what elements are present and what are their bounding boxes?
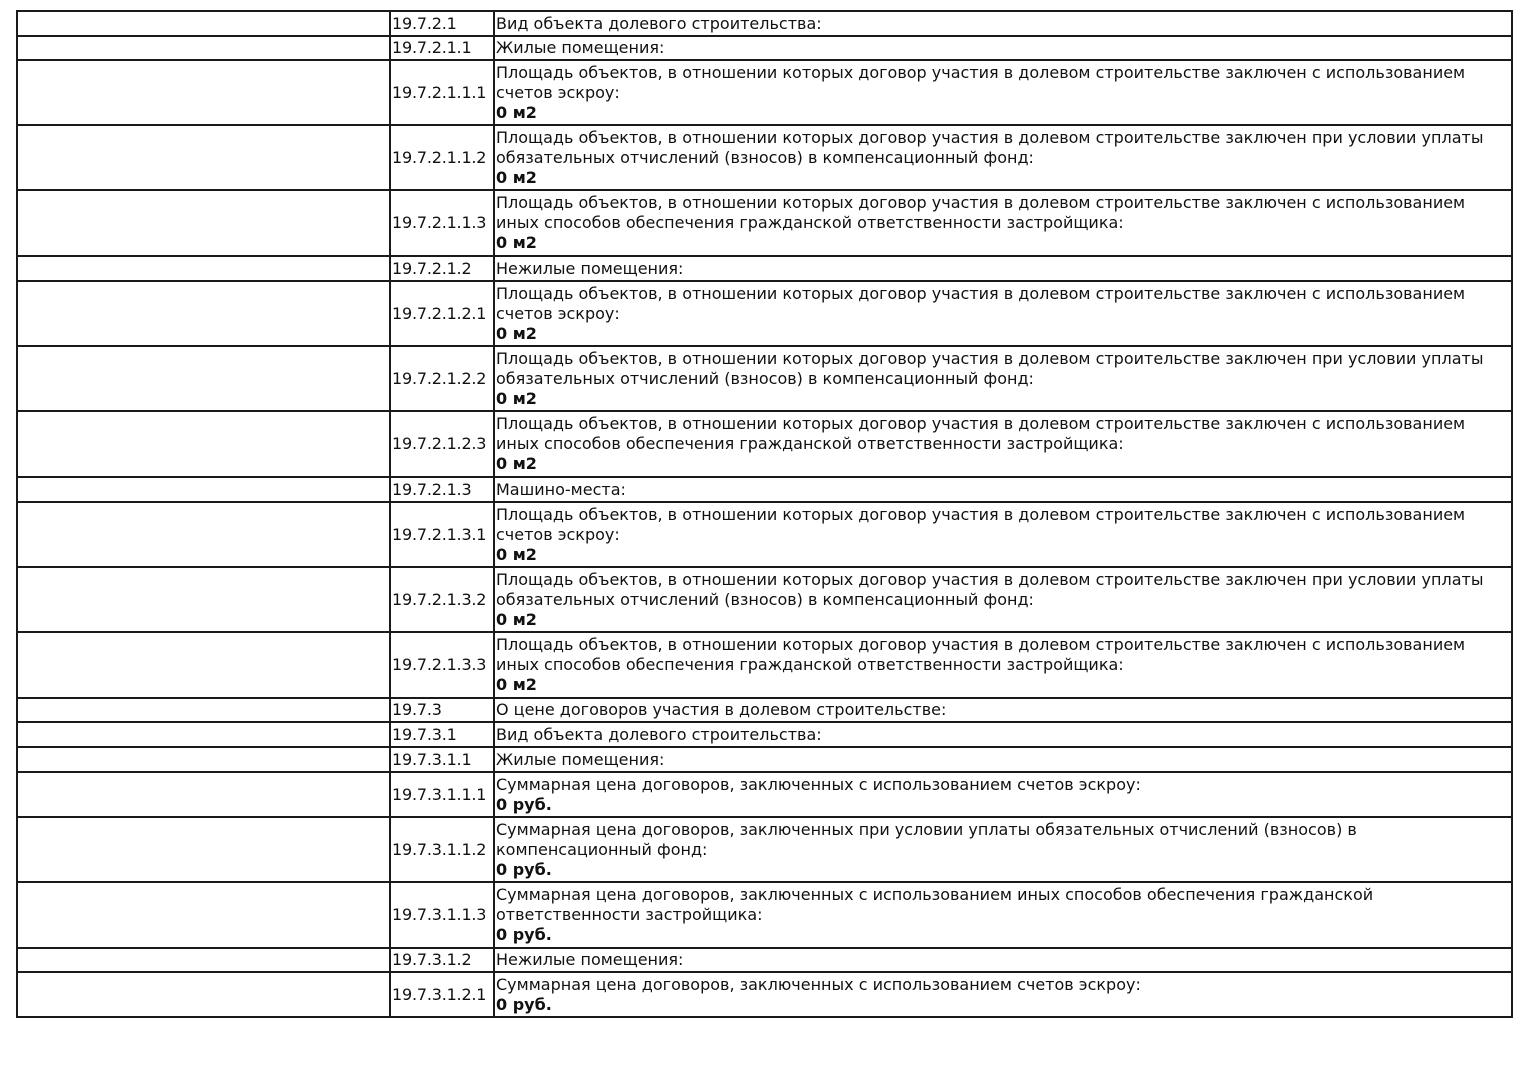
value-text: 0 м2 [496,454,1511,474]
table-row: 19.7.3.1.1.2 Суммарная цена договоров, з… [17,817,1512,882]
section-number: 19.7.2.1.2.3 [390,411,494,477]
section-number: 19.7.2.1.1.1 [390,60,494,125]
section-number: 19.7.3.1.1 [390,747,494,772]
value-text: 0 руб. [496,995,1511,1015]
section-number: 19.7.2.1.2.1 [390,281,494,346]
section-number: 19.7.2.1.2 [390,256,494,281]
table-row: 19.7.3.1.1.3 Суммарная цена договоров, з… [17,882,1512,948]
empty-cell [17,60,390,125]
value-text: 0 м2 [496,389,1511,409]
value-text: 0 м2 [496,324,1511,344]
declaration-table-body: 19.7.2.1 Вид объекта долевого строительс… [17,11,1512,1017]
table-row: 19.7.2.1.3.3 Площадь объектов, в отношен… [17,632,1512,698]
empty-cell [17,502,390,567]
table-row: 19.7.3 О цене договоров участия в долево… [17,698,1512,722]
section-number: 19.7.2.1.1 [390,36,494,60]
section-description: Жилые помещения: [494,747,1512,772]
table-row: 19.7.2.1.2 Нежилые помещения: [17,256,1512,281]
section-description: Площадь объектов, в отношении которых до… [494,567,1512,632]
section-description: Машино-места: [494,477,1512,502]
value-text: 0 м2 [496,610,1511,630]
section-description: О цене договоров участия в долевом строи… [494,698,1512,722]
empty-cell [17,722,390,747]
section-number: 19.7.3 [390,698,494,722]
description-text: Площадь объектов, в отношении которых до… [496,505,1511,545]
empty-cell [17,125,390,190]
table-row: 19.7.2.1.3 Машино-места: [17,477,1512,502]
empty-cell [17,36,390,60]
description-text: Суммарная цена договоров, заключенных с … [496,975,1511,995]
table-row: 19.7.2.1.1 Жилые помещения: [17,36,1512,60]
table-row: 19.7.3.1 Вид объекта долевого строительс… [17,722,1512,747]
section-description: Суммарная цена договоров, заключенных пр… [494,817,1512,882]
table-row: 19.7.3.1.2 Нежилые помещения: [17,948,1512,972]
description-text: Суммарная цена договоров, заключенных с … [496,775,1511,795]
section-number: 19.7.2.1.3.2 [390,567,494,632]
table-row: 19.7.3.1.2.1 Суммарная цена договоров, з… [17,972,1512,1017]
section-description: Площадь объектов, в отношении которых до… [494,502,1512,567]
table-row: 19.7.2.1.3.1 Площадь объектов, в отношен… [17,502,1512,567]
description-text: Площадь объектов, в отношении которых до… [496,349,1511,389]
empty-cell [17,747,390,772]
section-description: Площадь объектов, в отношении которых до… [494,60,1512,125]
empty-cell [17,948,390,972]
table-row: 19.7.2.1.2.1 Площадь объектов, в отношен… [17,281,1512,346]
description-text: Суммарная цена договоров, заключенных с … [496,885,1511,925]
section-number: 19.7.3.1.1.3 [390,882,494,948]
table-row: 19.7.3.1.1.1 Суммарная цена договоров, з… [17,772,1512,817]
section-description: Вид объекта долевого строительства: [494,11,1512,36]
section-number: 19.7.2.1.2.2 [390,346,494,411]
section-description: Жилые помещения: [494,36,1512,60]
section-description: Площадь объектов, в отношении которых до… [494,632,1512,698]
section-description: Нежилые помещения: [494,256,1512,281]
description-text: Жилые помещения: [496,750,1511,770]
table-row: 19.7.2.1.2.3 Площадь объектов, в отношен… [17,411,1512,477]
section-number: 19.7.2.1.3.1 [390,502,494,567]
empty-cell [17,346,390,411]
description-text: О цене договоров участия в долевом строи… [496,700,1511,720]
section-description: Суммарная цена договоров, заключенных с … [494,972,1512,1017]
description-text: Вид объекта долевого строительства: [496,725,1511,745]
description-text: Площадь объектов, в отношении которых до… [496,284,1511,324]
empty-cell [17,190,390,256]
section-description: Площадь объектов, в отношении которых до… [494,125,1512,190]
empty-cell [17,567,390,632]
description-text: Площадь объектов, в отношении которых до… [496,128,1511,168]
empty-cell [17,772,390,817]
description-text: Площадь объектов, в отношении которых до… [496,570,1511,610]
table-row: 19.7.2.1.1.2 Площадь объектов, в отношен… [17,125,1512,190]
declaration-table: 19.7.2.1 Вид объекта долевого строительс… [16,10,1513,1018]
section-description: Площадь объектов, в отношении которых до… [494,281,1512,346]
value-text: 0 руб. [496,925,1511,945]
empty-cell [17,882,390,948]
section-number: 19.7.2.1 [390,11,494,36]
description-text: Площадь объектов, в отношении которых до… [496,635,1511,675]
description-text: Нежилые помещения: [496,259,1511,279]
description-text: Площадь объектов, в отношении которых до… [496,63,1511,103]
section-number: 19.7.3.1.2.1 [390,972,494,1017]
description-text: Площадь объектов, в отношении которых до… [496,414,1511,454]
table-row: 19.7.2.1.1.3 Площадь объектов, в отношен… [17,190,1512,256]
empty-cell [17,281,390,346]
value-text: 0 м2 [496,675,1511,695]
table-row: 19.7.2.1.1.1 Площадь объектов, в отношен… [17,60,1512,125]
empty-cell [17,632,390,698]
table-row: 19.7.2.1.3.2 Площадь объектов, в отношен… [17,567,1512,632]
empty-cell [17,477,390,502]
table-row: 19.7.2.1.2.2 Площадь объектов, в отношен… [17,346,1512,411]
section-description: Нежилые помещения: [494,948,1512,972]
table-row: 19.7.2.1 Вид объекта долевого строительс… [17,11,1512,36]
section-description: Суммарная цена договоров, заключенных с … [494,882,1512,948]
empty-cell [17,817,390,882]
value-text: 0 м2 [496,168,1511,188]
value-text: 0 м2 [496,545,1511,565]
empty-cell [17,411,390,477]
value-text: 0 м2 [496,233,1511,253]
value-text: 0 руб. [496,795,1511,815]
empty-cell [17,972,390,1017]
description-text: Жилые помещения: [496,38,1511,58]
table-row: 19.7.3.1.1 Жилые помещения: [17,747,1512,772]
section-number: 19.7.2.1.3 [390,477,494,502]
section-number: 19.7.2.1.1.2 [390,125,494,190]
empty-cell [17,698,390,722]
description-text: Суммарная цена договоров, заключенных пр… [496,820,1511,860]
section-description: Суммарная цена договоров, заключенных с … [494,772,1512,817]
description-text: Нежилые помещения: [496,950,1511,970]
section-number: 19.7.2.1.1.3 [390,190,494,256]
section-description: Вид объекта долевого строительства: [494,722,1512,747]
section-number: 19.7.3.1.2 [390,948,494,972]
description-text: Машино-места: [496,480,1511,500]
empty-cell [17,256,390,281]
description-text: Площадь объектов, в отношении которых до… [496,193,1511,233]
description-text: Вид объекта долевого строительства: [496,14,1511,34]
value-text: 0 м2 [496,103,1511,123]
section-description: Площадь объектов, в отношении которых до… [494,190,1512,256]
value-text: 0 руб. [496,860,1511,880]
section-number: 19.7.3.1 [390,722,494,747]
section-number: 19.7.2.1.3.3 [390,632,494,698]
empty-cell [17,11,390,36]
section-number: 19.7.3.1.1.2 [390,817,494,882]
section-description: Площадь объектов, в отношении которых до… [494,411,1512,477]
section-number: 19.7.3.1.1.1 [390,772,494,817]
section-description: Площадь объектов, в отношении которых до… [494,346,1512,411]
